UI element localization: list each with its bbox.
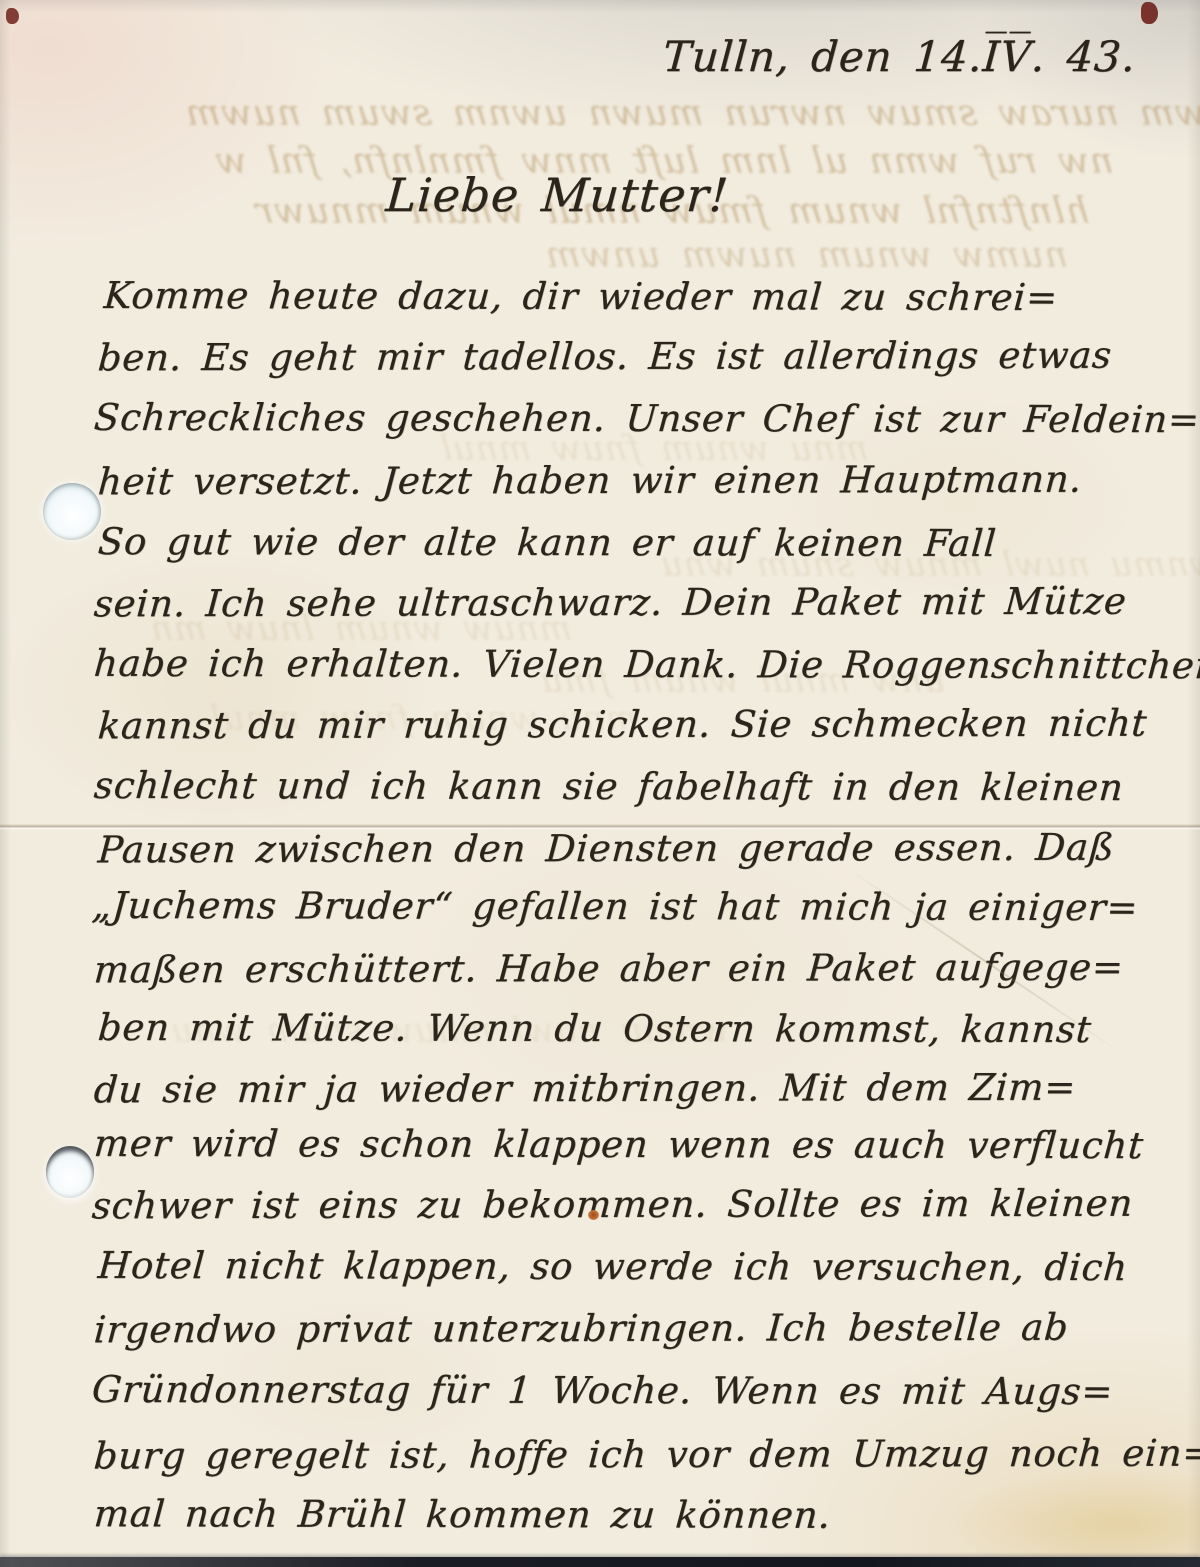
handwritten-line: Schreckliches geschehen. Unser Chef ist …	[93, 399, 1200, 438]
handwritten-line: maßen erschüttert. Habe aber ein Paket a…	[93, 949, 1125, 989]
handwritten-line: kannst du mir ruhig schicken. Sie schmec…	[97, 705, 1149, 745]
handwritten-line: irgendwo privat unterzubringen. Ich best…	[93, 1309, 1070, 1349]
ink-fleck	[588, 1210, 599, 1220]
handwritten-line: mer wird es schon klappen wenn es auch v…	[93, 1125, 1145, 1164]
red-mark-top-right	[1141, 2, 1158, 24]
handwritten-line: „Juchems Bruder“ gefallen ist hat mich j…	[91, 887, 1140, 926]
scanner-edge-bottom	[0, 1557, 1200, 1567]
handwritten-line: Komme heute dazu, dir wieder mal zu schr…	[103, 277, 1060, 316]
date-line: Tulln, den 14.I̅V̅. 43.	[662, 36, 1138, 78]
letter-scan: uwm nuraw smuw nwrun muwn uwnm swum nuwm…	[0, 0, 1200, 1567]
handwritten-line: schwer ist eins zu bekommen. Sollte es i…	[91, 1185, 1135, 1225]
bleedthrough-line: uwm nuraw smuw nwrun muwn uwnm swum nuwm	[183, 96, 1200, 132]
bleedthrough-line: numw wnum nuwm unwm	[543, 238, 1069, 274]
handwritten-line: mal nach Brühl kommen zu können.	[93, 1495, 833, 1534]
handwritten-line: schlecht und ich kann sie fabelhaft in d…	[93, 767, 1125, 806]
handwritten-line: Pausen zwischen den Diensten gerade esse…	[97, 829, 1116, 869]
paper-stain	[940, 1469, 1200, 1559]
fold-crease	[0, 824, 1200, 830]
handwritten-line: ben mit Mütze. Wenn du Ostern kommst, ka…	[97, 1009, 1093, 1048]
handwritten-line: sein. Ich sehe ultraschwarz. Dein Paket …	[93, 583, 1128, 623]
handwritten-line: Gründonnerstag für 1 Woche. Wenn es mit …	[91, 1371, 1115, 1410]
red-mark-top-left	[6, 8, 19, 24]
handwritten-line: habe ich erhalten. Vielen Dank. Die Rogg…	[93, 645, 1200, 684]
punch-hole-top	[43, 483, 101, 540]
handwritten-line: heit versetzt. Jetzt haben wir einen Hau…	[97, 461, 1084, 501]
punch-hole-bottom	[46, 1146, 94, 1198]
handwritten-line: So gut wie der alte kann er auf keinen F…	[97, 523, 998, 562]
handwritten-line: ben. Es geht mir tadellos. Es ist allerd…	[97, 337, 1114, 377]
salutation: Liebe Mutter!	[384, 172, 730, 218]
handwritten-line: Hotel nicht klappen, so werde ich versuc…	[97, 1247, 1129, 1286]
handwritten-line: du sie mir ja wieder mitbringen. Mit dem…	[93, 1069, 1078, 1109]
